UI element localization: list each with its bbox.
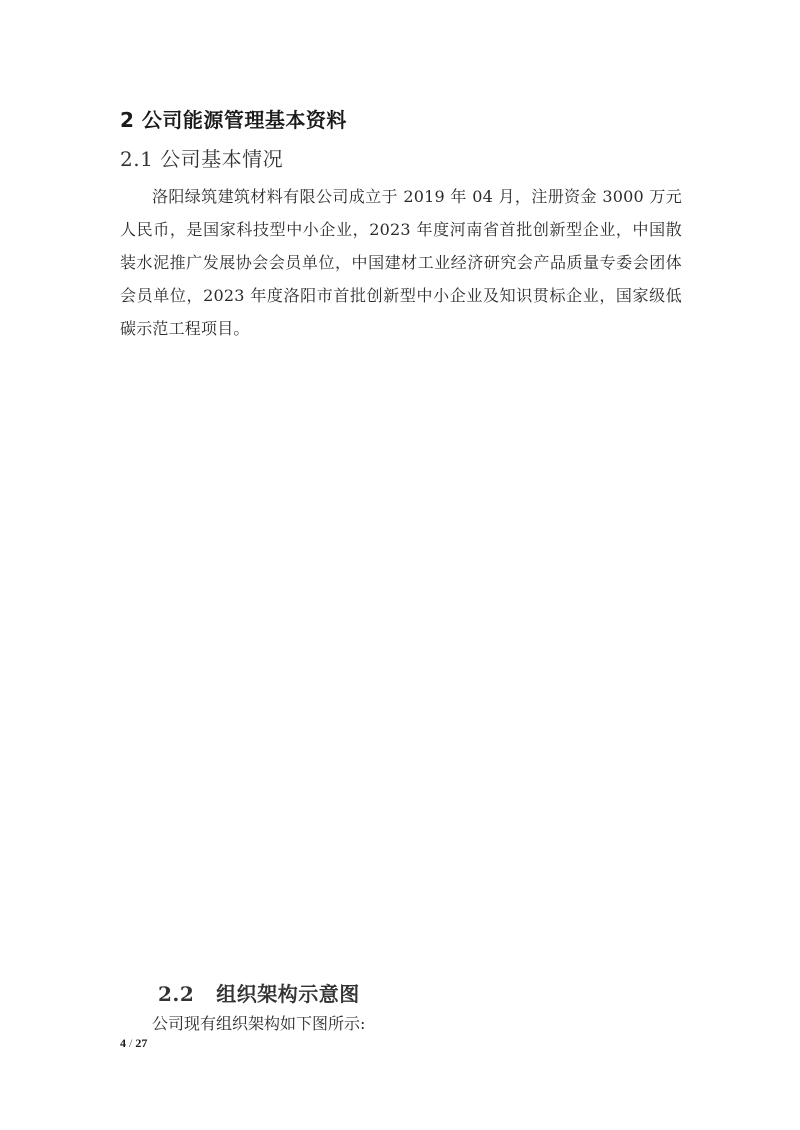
subsection-number: 2.2 bbox=[158, 982, 194, 1006]
total-pages: 27 bbox=[135, 1036, 147, 1050]
subsection-heading-org-chart: 2.2组织架构示意图 bbox=[158, 978, 360, 1007]
company-overview-paragraph: 洛阳绿筑建筑材料有限公司成立于 2019 年 04 月，注册资金 3000 万元… bbox=[120, 180, 682, 345]
page-separator: / bbox=[129, 1036, 132, 1050]
current-page: 4 bbox=[120, 1036, 126, 1050]
section-heading: 2 公司能源管理基本资料 bbox=[120, 104, 347, 133]
subsection-heading-basic-info: 2.1 公司基本情况 bbox=[120, 143, 283, 172]
page-number: 4 / 27 bbox=[120, 1036, 147, 1051]
subsection-title: 组织架构示意图 bbox=[216, 982, 360, 1006]
org-chart-intro-text: 公司现有组织架构如下图所示: bbox=[152, 1011, 365, 1034]
document-page: 2 公司能源管理基本资料 2.1 公司基本情况 洛阳绿筑建筑材料有限公司成立于 … bbox=[0, 0, 800, 1130]
